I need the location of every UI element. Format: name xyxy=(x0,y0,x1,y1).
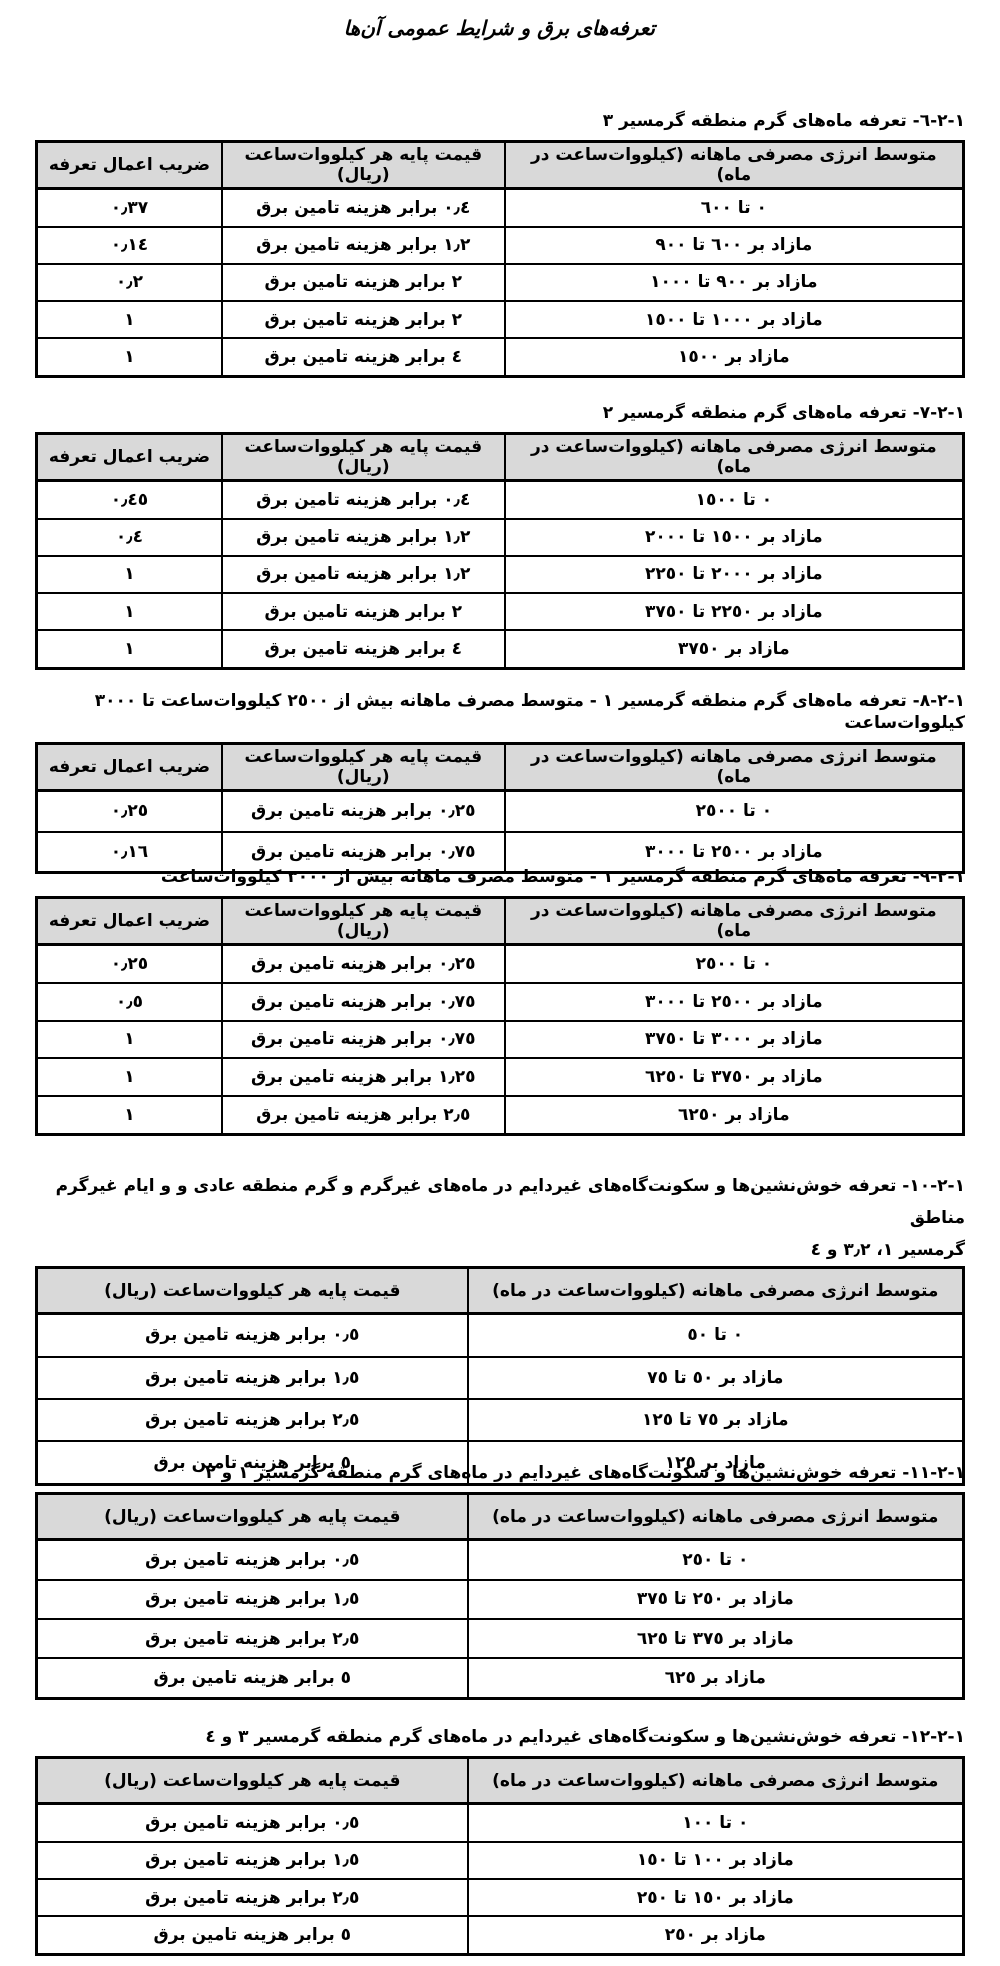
table-header-row: متوسط انرژی مصرفی ماهانه (کیلووات‌ساعت د… xyxy=(37,1494,964,1540)
table-row: ٠ تا ٦٠٠ ٠٫٤ برابر هزینه تامین برق ٠٫٣٧ xyxy=(37,189,964,227)
table-row: مازاد بر ٢٢٥٠ تا ٣٧٥٠ ٢ برابر هزینه تامی… xyxy=(37,593,964,630)
energy-range-cell: مازاد بر ٣٧٥ تا ٦٢٥ xyxy=(468,1619,964,1658)
base-price-cell: ١٫٥ برابر هزینه تامین برق xyxy=(37,1580,468,1619)
energy-range-cell: مازاد بر ٣٧٥٠ xyxy=(505,630,964,668)
energy-range-cell: مازاد بر ٦٠٠ تا ٩٠٠ xyxy=(505,227,964,264)
coefficient-cell: ١ xyxy=(37,630,222,668)
table-row: مازاد بر ٣٧٥٠ ٤ برابر هزینه تامین برق ١ xyxy=(37,630,964,668)
table-row: ٠ تا ٢٥٠ ٠٫٥ برابر هزینه تامین برق xyxy=(37,1540,964,1580)
energy-range-cell: ٠ تا ٦٠٠ xyxy=(505,189,964,227)
energy-range-cell: مازاد بر ٢٥٠ تا ٣٧٥ xyxy=(468,1580,964,1619)
table-row: ٠ تا ١٥٠٠ ٠٫٤ برابر هزینه تامین برق ٠٫٤٥ xyxy=(37,481,964,519)
section-1-2-11: ١-٢-١١- تعرفه خوش‌نشین‌ها و سکونت‌گاه‌ها… xyxy=(35,1462,965,1700)
coefficient-cell: ٠٫٢٥ xyxy=(37,945,222,983)
column-header-avg-energy: متوسط انرژی مصرفی ماهانه (کیلووات‌ساعت د… xyxy=(468,1268,964,1314)
table-row: مازاد بر ٢٥٠ ٥ برابر هزینه تامین برق xyxy=(37,1916,964,1954)
base-price-cell: ٢ برابر هزینه تامین برق xyxy=(222,264,505,301)
energy-range-cell: ٠ تا ٥٠ xyxy=(468,1314,964,1357)
column-header-coefficient: ضریب اعمال تعرفه xyxy=(37,898,222,945)
base-price-cell: ١٫٢٥ برابر هزینه تامین برق xyxy=(222,1058,505,1096)
base-price-cell: ١٫٢ برابر هزینه تامین برق xyxy=(222,556,505,593)
base-price-cell: ٠٫٥ برابر هزینه تامین برق xyxy=(37,1540,468,1580)
energy-range-cell: ٠ تا ١٥٠٠ xyxy=(505,481,964,519)
base-price-cell: ٤ برابر هزینه تامین برق xyxy=(222,338,505,376)
table-header-row: متوسط انرژی مصرفی ماهانه (کیلووات‌ساعت د… xyxy=(37,1268,964,1314)
base-price-cell: ١٫٢ برابر هزینه تامین برق xyxy=(222,519,505,556)
document-title-calligraphy: تعرفه‌های برق و شرایط عمومی آن‌ها xyxy=(425,16,655,40)
tariff-table-1-2-10: متوسط انرژی مصرفی ماهانه (کیلووات‌ساعت د… xyxy=(35,1266,965,1486)
section-1-2-12: ١-٢-١٢- تعرفه خوش‌نشین‌ها و سکونت‌گاه‌ها… xyxy=(35,1726,965,1956)
section-1-2-10: ١-٢-١٠- تعرفه خوش‌نشین‌ها و سکونت‌گاه‌ها… xyxy=(35,1170,965,1486)
table-row: ٠ تا ٢٥٠٠ ٠٫٢٥ برابر هزینه تامین برق ٠٫٢… xyxy=(37,945,964,983)
energy-range-cell: ٠ تا ١٠٠ xyxy=(468,1804,964,1842)
base-price-cell: ٢٫٥ برابر هزینه تامین برق xyxy=(37,1619,468,1658)
energy-range-cell: مازاد بر ٢٠٠٠ تا ٢٢٥٠ xyxy=(505,556,964,593)
energy-range-cell: مازاد بر ٢٥٠ xyxy=(468,1916,964,1954)
table-row: مازاد بر ١٥٠٠ ٤ برابر هزینه تامین برق ١ xyxy=(37,338,964,376)
document-page: { "page": { "header_title": "تعرفه‌های ب… xyxy=(0,0,1000,1966)
table-row: مازاد بر ١٥٠٠ تا ٢٠٠٠ ١٫٢ برابر هزینه تا… xyxy=(37,519,964,556)
table-row: مازاد بر ٢٠٠٠ تا ٢٢٥٠ ١٫٢ برابر هزینه تا… xyxy=(37,556,964,593)
base-price-cell: ٢ برابر هزینه تامین برق xyxy=(222,593,505,630)
tariff-table-1-2-12: متوسط انرژی مصرفی ماهانه (کیلووات‌ساعت د… xyxy=(35,1756,965,1956)
coefficient-cell: ٠٫٤٥ xyxy=(37,481,222,519)
energy-range-cell: مازاد بر ١٥٠٠ تا ٢٠٠٠ xyxy=(505,519,964,556)
base-price-cell: ٠٫٥ برابر هزینه تامین برق xyxy=(37,1314,468,1357)
table-row: ٠ تا ٢٥٠٠ ٠٫٢٥ برابر هزینه تامین برق ٠٫٢… xyxy=(37,791,964,832)
column-header-coefficient: ضریب اعمال تعرفه xyxy=(37,744,222,791)
base-price-cell: ٢ برابر هزینه تامین برق xyxy=(222,301,505,338)
section-heading-1-2-12: ١-٢-١٢- تعرفه خوش‌نشین‌ها و سکونت‌گاه‌ها… xyxy=(35,1726,965,1748)
table-row: ٠ تا ٥٠ ٠٫٥ برابر هزینه تامین برق xyxy=(37,1314,964,1357)
section-heading-1-2-9: ١-٢-٩- تعرفه ماه‌های گرم منطقه گرمسیر ١ … xyxy=(35,866,965,888)
energy-range-cell: مازاد بر ٢٢٥٠ تا ٣٧٥٠ xyxy=(505,593,964,630)
table-row: مازاد بر ١٠٠٠ تا ١٥٠٠ ٢ برابر هزینه تامی… xyxy=(37,301,964,338)
coefficient-cell: ١ xyxy=(37,556,222,593)
table-row: مازاد بر ٢٥٠ تا ٣٧٥ ١٫٥ برابر هزینه تامی… xyxy=(37,1580,964,1619)
section-heading-1-2-8: ١-٢-٨- تعرفه ماه‌های گرم منطقه گرمسیر ١ … xyxy=(35,690,965,734)
base-price-cell: ٢٫٥ برابر هزینه تامین برق xyxy=(222,1096,505,1134)
tariff-table-1-2-8: متوسط انرژی مصرفی ماهانه (کیلووات‌ساعت د… xyxy=(35,742,965,874)
energy-range-cell: مازاد بر ٣٠٠٠ تا ٣٧٥٠ xyxy=(505,1021,964,1059)
base-price-cell: ١٫٥ برابر هزینه تامین برق xyxy=(37,1357,468,1399)
column-header-avg-energy: متوسط انرژی مصرفی ماهانه (کیلووات‌ساعت د… xyxy=(505,142,964,189)
section-1-2-7: ١-٢-٧- تعرفه ماه‌های گرم منطقه گرمسیر ٢ … xyxy=(35,402,965,670)
base-price-cell: ٥ برابر هزینه تامین برق xyxy=(37,1916,468,1954)
table-row: مازاد بر ٦٠٠ تا ٩٠٠ ١٫٢ برابر هزینه تامی… xyxy=(37,227,964,264)
coefficient-cell: ٠٫١٤ xyxy=(37,227,222,264)
column-header-coefficient: ضریب اعمال تعرفه xyxy=(37,142,222,189)
energy-range-cell: مازاد بر ١٥٠ تا ٢٥٠ xyxy=(468,1879,964,1916)
base-price-cell: ٠٫٤ برابر هزینه تامین برق xyxy=(222,481,505,519)
base-price-cell: ١٫٢ برابر هزینه تامین برق xyxy=(222,227,505,264)
energy-range-cell: مازاد بر ٧٥ تا ١٢٥ xyxy=(468,1399,964,1441)
energy-range-cell: مازاد بر ٩٠٠ تا ١٠٠٠ xyxy=(505,264,964,301)
energy-range-cell: مازاد بر ٣٧٥٠ تا ٦٢٥٠ xyxy=(505,1058,964,1096)
base-price-cell: ٥ برابر هزینه تامین برق xyxy=(37,1658,468,1698)
base-price-cell: ٤ برابر هزینه تامین برق xyxy=(222,630,505,668)
table-header-row: متوسط انرژی مصرفی ماهانه (کیلووات‌ساعت د… xyxy=(37,744,964,791)
column-header-base-price: قیمت پایه هر کیلووات‌ساعت (ریال) xyxy=(222,744,505,791)
base-price-cell: ٠٫٢٥ برابر هزینه تامین برق xyxy=(222,945,505,983)
table-header-row: متوسط انرژی مصرفی ماهانه (کیلووات‌ساعت د… xyxy=(37,434,964,481)
section-1-2-9: ١-٢-٩- تعرفه ماه‌های گرم منطقه گرمسیر ١ … xyxy=(35,866,965,1136)
energy-range-cell: مازاد بر ٦٢٥ xyxy=(468,1658,964,1698)
base-price-cell: ٠٫٥ برابر هزینه تامین برق xyxy=(37,1804,468,1842)
base-price-cell: ٠٫٧٥ برابر هزینه تامین برق xyxy=(222,1021,505,1059)
section-heading-line2: گرمسیر ١، ٣٫٢ و ٤ xyxy=(811,1240,965,1260)
section-heading-1-2-10: ١-٢-١٠- تعرفه خوش‌نشین‌ها و سکونت‌گاه‌ها… xyxy=(35,1170,965,1266)
section-heading-1-2-7: ١-٢-٧- تعرفه ماه‌های گرم منطقه گرمسیر ٢ xyxy=(35,402,965,424)
energy-range-cell: مازاد بر ٢٥٠٠ تا ٣٠٠٠ xyxy=(505,983,964,1021)
section-1-2-6: ١-٢-٦- تعرفه ماه‌های گرم منطقه گرمسیر ٣ … xyxy=(35,110,965,378)
energy-range-cell: ٠ تا ٢٥٠٠ xyxy=(505,945,964,983)
section-heading-line1: ١-٢-١٠- تعرفه خوش‌نشین‌ها و سکونت‌گاه‌ها… xyxy=(56,1176,965,1228)
energy-range-cell: مازاد بر ١٠٠٠ تا ١٥٠٠ xyxy=(505,301,964,338)
base-price-cell: ٢٫٥ برابر هزینه تامین برق xyxy=(37,1399,468,1441)
column-header-avg-energy: متوسط انرژی مصرفی ماهانه (کیلووات‌ساعت د… xyxy=(505,898,964,945)
table-row: مازاد بر ١٠٠ تا ١٥٠ ١٫٥ برابر هزینه تامی… xyxy=(37,1842,964,1879)
coefficient-cell: ٠٫٢٥ xyxy=(37,791,222,832)
column-header-base-price: قیمت پایه هر کیلووات‌ساعت (ریال) xyxy=(37,1758,468,1804)
section-1-2-8: ١-٢-٨- تعرفه ماه‌های گرم منطقه گرمسیر ١ … xyxy=(35,690,965,874)
table-row: ٠ تا ١٠٠ ٠٫٥ برابر هزینه تامین برق xyxy=(37,1804,964,1842)
coefficient-cell: ٠٫٢ xyxy=(37,264,222,301)
column-header-avg-energy: متوسط انرژی مصرفی ماهانه (کیلووات‌ساعت د… xyxy=(505,744,964,791)
tariff-table-1-2-9: متوسط انرژی مصرفی ماهانه (کیلووات‌ساعت د… xyxy=(35,896,965,1136)
coefficient-cell: ١ xyxy=(37,338,222,376)
coefficient-cell: ٠٫٥ xyxy=(37,983,222,1021)
section-heading-1-2-11: ١-٢-١١- تعرفه خوش‌نشین‌ها و سکونت‌گاه‌ها… xyxy=(35,1462,965,1484)
column-header-base-price: قیمت پایه هر کیلووات‌ساعت (ریال) xyxy=(222,898,505,945)
table-row: مازاد بر ٣٠٠٠ تا ٣٧٥٠ ٠٫٧٥ برابر هزینه ت… xyxy=(37,1021,964,1059)
tariff-table-1-2-6: متوسط انرژی مصرفی ماهانه (کیلووات‌ساعت د… xyxy=(35,140,965,378)
energy-range-cell: مازاد بر ٥٠ تا ٧٥ xyxy=(468,1357,964,1399)
column-header-base-price: قیمت پایه هر کیلووات‌ساعت (ریال) xyxy=(37,1268,468,1314)
table-row: مازاد بر ٣٧٥٠ تا ٦٢٥٠ ١٫٢٥ برابر هزینه ت… xyxy=(37,1058,964,1096)
table-row: مازاد بر ٩٠٠ تا ١٠٠٠ ٢ برابر هزینه تامین… xyxy=(37,264,964,301)
table-row: مازاد بر ٧٥ تا ١٢٥ ٢٫٥ برابر هزینه تامین… xyxy=(37,1399,964,1441)
column-header-base-price: قیمت پایه هر کیلووات‌ساعت (ریال) xyxy=(222,434,505,481)
energy-range-cell: مازاد بر ٦٢٥٠ xyxy=(505,1096,964,1134)
column-header-avg-energy: متوسط انرژی مصرفی ماهانه (کیلووات‌ساعت د… xyxy=(468,1758,964,1804)
base-price-cell: ٠٫٧٥ برابر هزینه تامین برق xyxy=(222,983,505,1021)
base-price-cell: ٠٫٢٥ برابر هزینه تامین برق xyxy=(222,791,505,832)
column-header-coefficient: ضریب اعمال تعرفه xyxy=(37,434,222,481)
energy-range-cell: ٠ تا ٢٥٠٠ xyxy=(505,791,964,832)
tariff-table-1-2-7: متوسط انرژی مصرفی ماهانه (کیلووات‌ساعت د… xyxy=(35,432,965,670)
tariff-table-1-2-11: متوسط انرژی مصرفی ماهانه (کیلووات‌ساعت د… xyxy=(35,1492,965,1700)
coefficient-cell: ١ xyxy=(37,593,222,630)
column-header-base-price: قیمت پایه هر کیلووات‌ساعت (ریال) xyxy=(222,142,505,189)
table-row: مازاد بر ٣٧٥ تا ٦٢٥ ٢٫٥ برابر هزینه تامی… xyxy=(37,1619,964,1658)
base-price-cell: ١٫٥ برابر هزینه تامین برق xyxy=(37,1842,468,1879)
table-header-row: متوسط انرژی مصرفی ماهانه (کیلووات‌ساعت د… xyxy=(37,142,964,189)
energy-range-cell: مازاد بر ١٠٠ تا ١٥٠ xyxy=(468,1842,964,1879)
column-header-base-price: قیمت پایه هر کیلووات‌ساعت (ریال) xyxy=(37,1494,468,1540)
table-header-row: متوسط انرژی مصرفی ماهانه (کیلووات‌ساعت د… xyxy=(37,898,964,945)
coefficient-cell: ٠٫٤ xyxy=(37,519,222,556)
column-header-avg-energy: متوسط انرژی مصرفی ماهانه (کیلووات‌ساعت د… xyxy=(468,1494,964,1540)
table-row: مازاد بر ٥٠ تا ٧٥ ١٫٥ برابر هزینه تامین … xyxy=(37,1357,964,1399)
base-price-cell: ٢٫٥ برابر هزینه تامین برق xyxy=(37,1879,468,1916)
base-price-cell: ٠٫٤ برابر هزینه تامین برق xyxy=(222,189,505,227)
table-row: مازاد بر ٢٥٠٠ تا ٣٠٠٠ ٠٫٧٥ برابر هزینه ت… xyxy=(37,983,964,1021)
table-header-row: متوسط انرژی مصرفی ماهانه (کیلووات‌ساعت د… xyxy=(37,1758,964,1804)
energy-range-cell: مازاد بر ١٥٠٠ xyxy=(505,338,964,376)
energy-range-cell: ٠ تا ٢٥٠ xyxy=(468,1540,964,1580)
coefficient-cell: ١ xyxy=(37,1021,222,1059)
table-row: مازاد بر ٦٢٥٠ ٢٫٥ برابر هزینه تامین برق … xyxy=(37,1096,964,1134)
coefficient-cell: ١ xyxy=(37,1058,222,1096)
table-row: مازاد بر ١٥٠ تا ٢٥٠ ٢٫٥ برابر هزینه تامی… xyxy=(37,1879,964,1916)
coefficient-cell: ٠٫٣٧ xyxy=(37,189,222,227)
table-row: مازاد بر ٦٢٥ ٥ برابر هزینه تامین برق xyxy=(37,1658,964,1698)
coefficient-cell: ١ xyxy=(37,301,222,338)
column-header-avg-energy: متوسط انرژی مصرفی ماهانه (کیلووات‌ساعت د… xyxy=(505,434,964,481)
section-heading-1-2-6: ١-٢-٦- تعرفه ماه‌های گرم منطقه گرمسیر ٣ xyxy=(35,110,965,132)
coefficient-cell: ١ xyxy=(37,1096,222,1134)
